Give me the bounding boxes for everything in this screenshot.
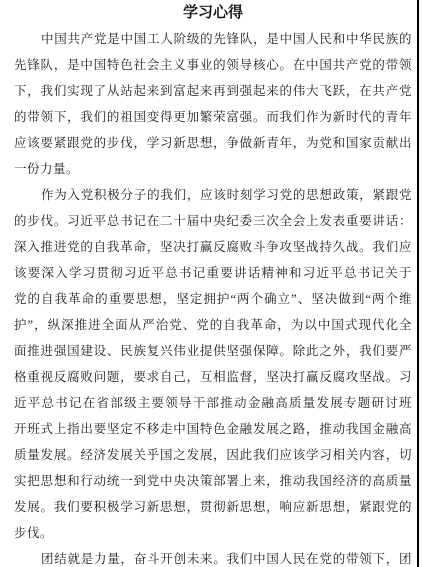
text-line: 面推进强国建设、民族复兴伟业提供坚强保障。除此之外，我们要严 bbox=[14, 338, 412, 364]
text-line: 下，我们实现了从站起来到富起来再到强起来的伟大飞跃，在共产党 bbox=[14, 78, 412, 104]
text-line: 发展。我们要积极学习新思想，贯彻新思想，响应新思想，紧跟党的 bbox=[14, 494, 412, 520]
text-line: 的带领下，我们的祖国变得更加繁荣富强。而我们作为新时代的青年 bbox=[14, 104, 412, 130]
text-line: 一份力量。 bbox=[14, 156, 412, 182]
document-page: 学习心得 中国共产党是中国工人阶级的先锋队，是中国人民和中华民族的 先锋队，是中… bbox=[0, 0, 426, 567]
text-line: 作为入党积极分子的我们，应该时刻学习党的思想政策，紧跟党 bbox=[14, 182, 412, 208]
text-line: 应该要紧跟党的步伐，学习新思想，争做新青年，为党和国家贡献出 bbox=[14, 130, 412, 156]
document-title: 学习心得 bbox=[14, 3, 412, 24]
text-line: 团结就是力量，奋斗开创未来。我们中国人民在党的带领下，团 bbox=[14, 546, 412, 567]
document-body: 中国共产党是中国工人阶级的先锋队，是中国人民和中华民族的 先锋队，是中国特色社会… bbox=[14, 26, 412, 567]
text-line: 先锋队，是中国特色社会主义事业的领导核心。在中国共产党的带领 bbox=[14, 52, 412, 78]
text-line: 的步伐。习近平总书记在二十届中央纪委三次全会上发表重要讲话： bbox=[14, 208, 412, 234]
text-line: 党的自我革命的重要思想，坚定拥护“两个确立”、坚决做到“两个维 bbox=[14, 286, 412, 312]
text-line: 近平总书记在省部级主要领导干部推动金融高质量发展专题研讨班 bbox=[14, 390, 412, 416]
text-line: 护”，纵深推进全面从严治党、党的自我革命，为以中国式现代化全 bbox=[14, 312, 412, 338]
text-line: 该要深入学习贯彻习近平总书记重要讲话精神和习近平总书记关于 bbox=[14, 260, 412, 286]
text-line: 步伐。 bbox=[14, 520, 412, 546]
text-line: 质量发展。经济发展关乎国之发展，因此我们应该学习相关内容，切 bbox=[14, 442, 412, 468]
text-line: 中国共产党是中国工人阶级的先锋队，是中国人民和中华民族的 bbox=[14, 26, 412, 52]
text-line: 深入推进党的自我革命，坚决打赢反腐败斗争攻坚战持久战。我们应 bbox=[14, 234, 412, 260]
text-line: 格重视反腐败问题，要求自己，互相监督，坚决打赢反腐攻坚战。习 bbox=[14, 364, 412, 390]
text-line: 实把思想和行动统一到党中央决策部署上来，推动我国经济的高质量 bbox=[14, 468, 412, 494]
text-line: 开班式上指出要坚定不移走中国特色金融发展之路，推动我国金融高 bbox=[14, 416, 412, 442]
page-right-border-line bbox=[417, 0, 419, 567]
